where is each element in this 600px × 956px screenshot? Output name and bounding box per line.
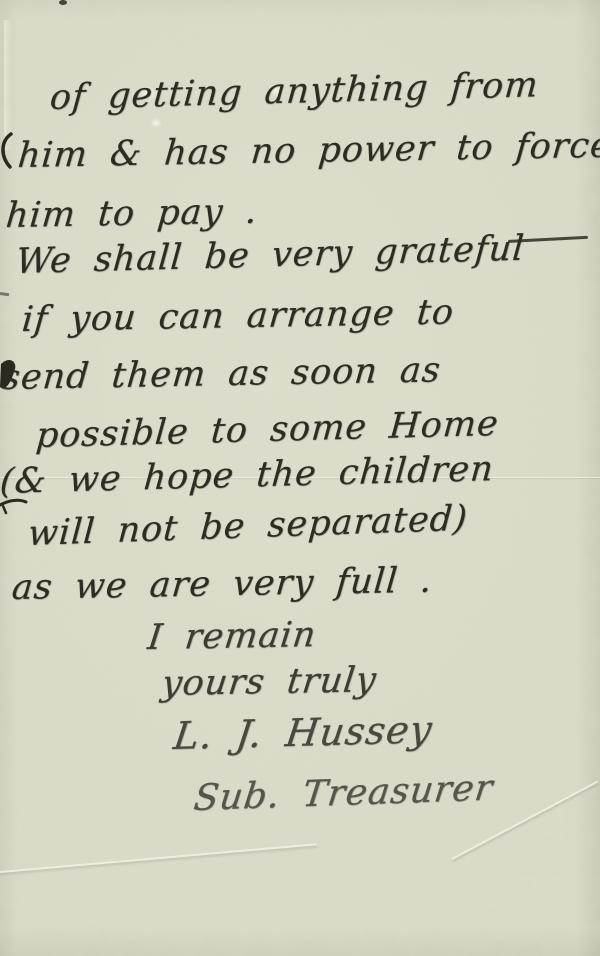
signature-name: L. J. Hussey [171, 707, 435, 758]
letter-line-2: him & has no power to force [16, 126, 600, 176]
letter-line-8: (& we hope the children [0, 449, 495, 502]
left-edge-ink-stroke [0, 132, 16, 170]
letter-line-6: send them as soon as [0, 350, 442, 398]
bottom-left-crease [0, 843, 317, 874]
left-edge-scratch [4, 20, 12, 150]
paper-blemish [150, 118, 162, 128]
closing-line-yours-truly: yours truly [160, 660, 379, 704]
letter-line-1: of getting anything from [48, 65, 540, 118]
letter-line-7: possible to some Home [34, 404, 500, 456]
letter-line-9: will not be separated) [27, 499, 470, 554]
letter-line-4: We shall be very grateful [14, 229, 526, 282]
letter-line-5: if you can arrange to [20, 292, 455, 340]
letter-line-10: as we are very full . [10, 561, 434, 608]
closing-line-i-remain: I remain [146, 615, 319, 658]
letter-line-3: him to pay . [4, 192, 259, 236]
left-edge-ink-dash [0, 292, 9, 296]
top-edge-ink-speck [59, 0, 67, 5]
letter-page: of getting anything from him & has no po… [0, 0, 600, 956]
signature-title: Sub. Treasurer [191, 767, 495, 819]
